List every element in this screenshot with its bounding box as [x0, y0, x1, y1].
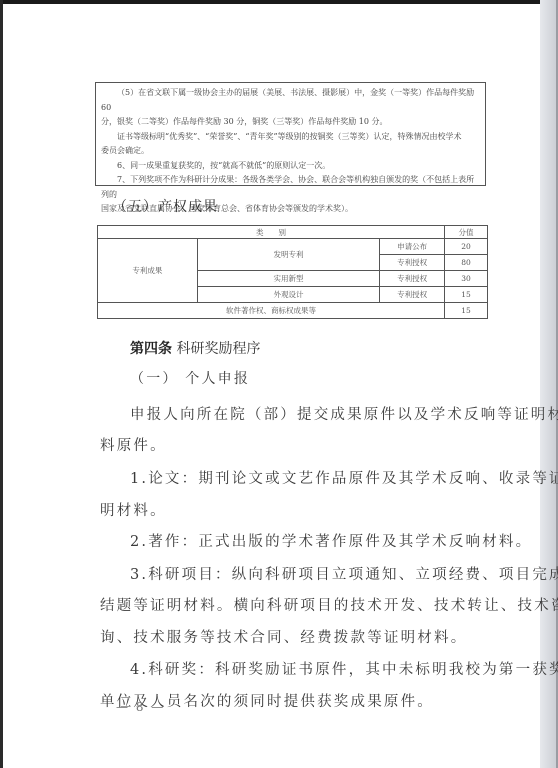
scan-left-edge: [0, 0, 3, 768]
type-cell: 发明专利: [197, 239, 380, 271]
body-line: 4.科研奖：科研奖励证书原件，其中未标明我校为第一获奖: [130, 658, 558, 679]
stage-cell: 申请公布: [380, 239, 445, 255]
score-cell: 15: [445, 303, 488, 319]
last-row-label: 软件著作权、商标权成果等: [98, 303, 445, 319]
type-cell: 外观设计: [197, 287, 380, 303]
body-line: 2.著作：正式出版的学术著作原件及其学术反响材料。: [130, 530, 532, 551]
body-line: 结题等证明材料。横向科研项目的技术开发、技术转让、技术咨: [100, 594, 558, 615]
header-category: 类 别: [98, 226, 445, 239]
group-label: 专利成果: [98, 239, 198, 303]
article-title: 科研奖励程序: [176, 341, 260, 357]
table-row: 软件著作权、商标权成果等 15: [98, 303, 488, 319]
article-heading: 第四条 科研奖励程序: [130, 338, 260, 358]
note-para5-line1: （5）在省文联下属一级协会主办的届展（美展、书法展、摄影展）中，金奖（一等奖）作…: [101, 86, 480, 115]
note-cert-line2: 委员会确定。: [101, 144, 480, 159]
score-cell: 20: [445, 239, 488, 255]
note-cert-line1: 证书等级标明“优秀奖”、“荣誉奖”、“青年奖”等级别的按铜奖（三等奖）认定，特殊…: [101, 130, 480, 145]
type-cell: 实用新型: [197, 271, 380, 287]
subsection-heading: （一） 个人申报: [130, 368, 250, 388]
body-line: 明材料。: [100, 499, 167, 520]
ip-score-table: 类 别 分值 专利成果 发明专利 申请公布 20 专利授权 80 实用新型 专利…: [97, 225, 488, 319]
body-line: 申报人向所在院（部）提交成果原件以及学术反响等证明材: [130, 403, 558, 424]
stage-cell: 专利授权: [380, 255, 445, 271]
score-cell: 80: [445, 255, 488, 271]
score-cell: 30: [445, 271, 488, 287]
body-line: 料原件。: [100, 434, 167, 455]
section-heading: （五）产权成果: [113, 196, 218, 216]
stage-cell: 专利授权: [380, 271, 445, 287]
table-row: 专利成果 发明专利 申请公布 20: [98, 239, 488, 255]
article-label: 第四条: [130, 341, 172, 357]
page-number: — 8 —: [116, 700, 165, 714]
scan-top-edge: [0, 0, 558, 4]
note-item6: 6、同一成果重复获奖的，按“就高不就低”的原则认定一次。: [101, 159, 480, 174]
body-line: 询、技术服务等技术合同、经费拨款等证明材料。: [100, 626, 467, 647]
score-cell: 15: [445, 287, 488, 303]
table-header-row: 类 别 分值: [98, 226, 488, 239]
header-score: 分值: [445, 226, 488, 239]
body-line: 1.论文：期刊论文或文艺作品原件及其学术反响、收录等证: [130, 467, 558, 488]
boxed-notes: （5）在省文联下属一级协会主办的届展（美展、书法展、摄影展）中，金奖（一等奖）作…: [95, 82, 486, 186]
body-line: 3.科研项目：纵向科研项目立项通知、立项经费、项目完成: [130, 563, 558, 584]
note-para5-line2: 分，银奖（二等奖）作品每件奖励 30 分，铜奖（三等奖）作品每件奖励 10 分。: [101, 115, 480, 130]
stage-cell: 专利授权: [380, 287, 445, 303]
